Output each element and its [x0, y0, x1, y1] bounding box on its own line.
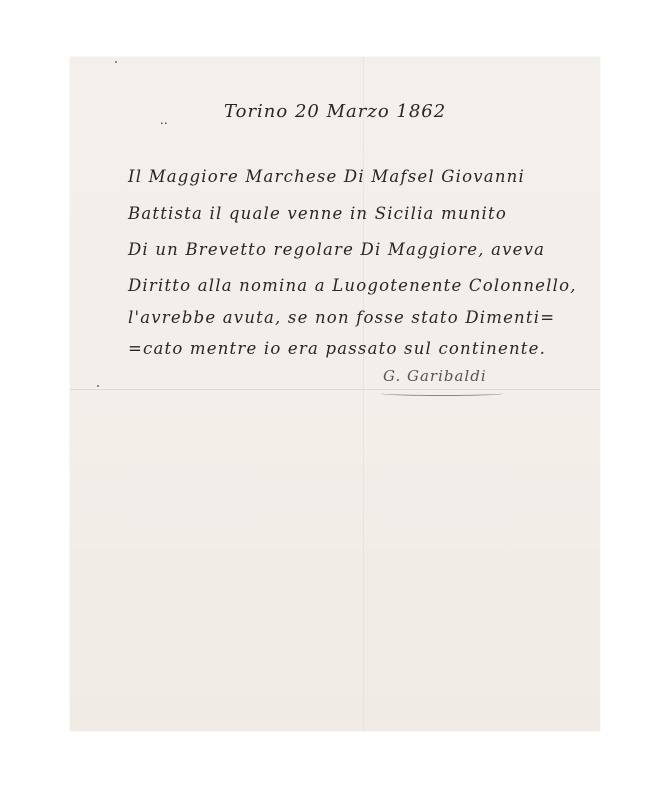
signature: G. Garibaldi: [383, 367, 487, 385]
paper-speck: [97, 385, 99, 387]
letter-line-4: Diritto alla nomina a Luogotenente Colon…: [128, 276, 577, 295]
letter-line-3: Di un Brevetto regolare Di Maggiore, ave…: [128, 240, 545, 259]
vertical-fold-line: [363, 57, 364, 731]
letter-line-1: Il Maggiore Marchese Di Mafsel Giovanni: [128, 167, 525, 186]
letter-paper: .. Torino 20 Marzo 1862 Il Maggiore Marc…: [70, 57, 600, 731]
paper-speck: [115, 61, 117, 63]
letter-line-6: =cato mentre io era passato sul continen…: [128, 339, 546, 358]
signature-underline: [381, 391, 503, 396]
dateline-prefix: ..: [160, 113, 168, 127]
letter-line-5: l'avrebbe avuta, se non fosse stato Dime…: [128, 308, 555, 327]
dateline: Torino 20 Marzo 1862: [224, 101, 446, 122]
horizontal-fold-line: [70, 389, 600, 390]
letter-line-2: Battista il quale venne in Sicilia munit…: [128, 204, 507, 223]
